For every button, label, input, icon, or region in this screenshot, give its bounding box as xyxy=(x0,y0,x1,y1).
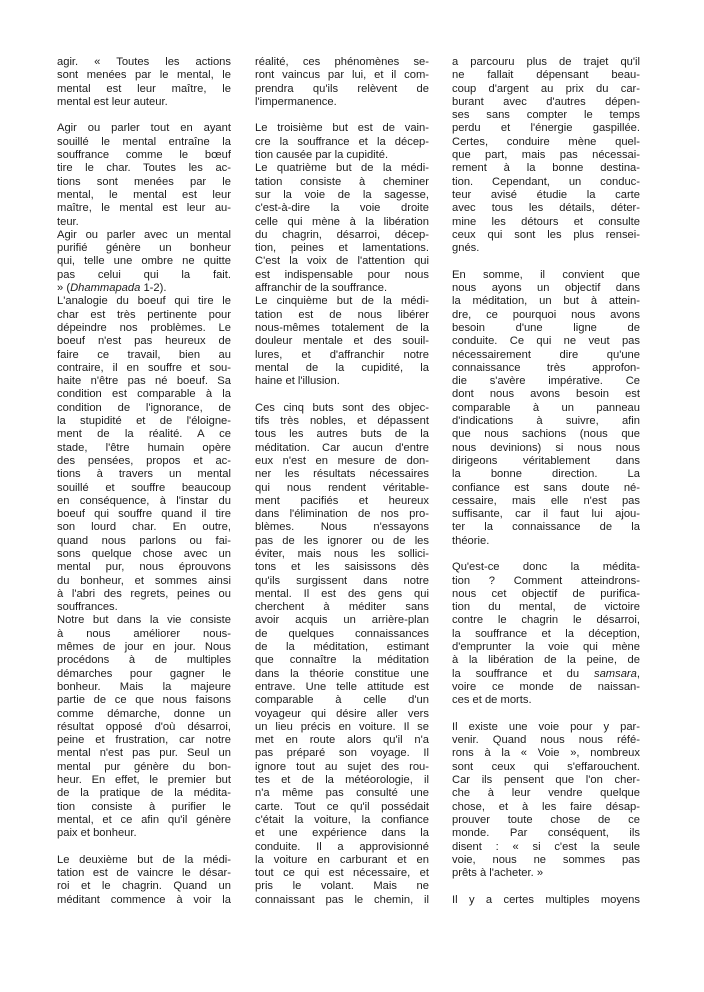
text-line: burant avec d'autres dépen- xyxy=(452,96,640,109)
text-line: voire ce monde de naissan- xyxy=(452,681,640,694)
text-line: qu'ils surgissent dans notre xyxy=(255,575,429,588)
text-line: carte. Tout ce qu'il possédait xyxy=(255,801,429,814)
text-line: haine et l'illusion. xyxy=(255,375,429,388)
paragraph-gap xyxy=(452,708,640,721)
text-line: tion ? Comment atteindrons- xyxy=(452,575,640,588)
text-line: teur. xyxy=(57,216,231,229)
text-line: mine les détours et consulte xyxy=(452,216,640,229)
text-line: En somme, il convient que xyxy=(452,269,640,282)
text-line: conduite. Il a approvisionné xyxy=(255,841,429,854)
text-line: tation est de vaincre le désar- xyxy=(57,867,231,880)
text-line: mental est leur maître, le xyxy=(57,83,231,96)
text-line: tion consiste à purifier le xyxy=(57,801,231,814)
text-line: souillé et souffre beaucoup xyxy=(57,482,231,495)
text-line: que connaître la méditation xyxy=(255,654,429,667)
text-line: Il existe une voie pour y par- xyxy=(452,721,640,734)
text-line: prouver toute chose de ce xyxy=(452,814,640,827)
text-line: a parcouru plus de trajet qu'il xyxy=(452,56,640,69)
text-line: dépeindre nos problèmes. Le xyxy=(57,322,231,335)
text-line: contraire, il en souffre et sou- xyxy=(57,362,231,375)
text-line: connaissance très approfon- xyxy=(452,362,640,375)
text-line: cherchent à méditer sans xyxy=(255,601,429,614)
text-line: un lieu précis en voiture. Il se xyxy=(255,721,429,734)
text-line: procédons à de multiples xyxy=(57,654,231,667)
text-line: tion du mental, de victoire xyxy=(452,601,640,614)
text-line: nous ayons un objectif dans xyxy=(452,282,640,295)
text-line: mental pur, nous éprouvons xyxy=(57,561,231,574)
text-line: dont nous avons besoin est xyxy=(452,388,640,401)
text-line: pas préparé son voyage. Il xyxy=(255,747,429,760)
text-line: dre, ce pourquoi nous avons xyxy=(452,309,640,322)
text-line: agir. « Toutes les actions xyxy=(57,56,231,69)
text-line: tire le char. Toutes les ac- xyxy=(57,162,231,175)
text-line: ront vaincus par lui, et il com- xyxy=(255,69,429,82)
text-line: à l'abri des regrets, peines ou xyxy=(57,588,231,601)
paragraph: Agir ou parler avec un mentalpurifié gén… xyxy=(57,229,231,295)
text-line: résultat opposé d'où désarroi, xyxy=(57,721,231,734)
text-line: n'a même pas consulté une xyxy=(255,787,429,800)
text-line: boeuf qui souffre quand il tire xyxy=(57,508,231,521)
text-line: souffrances. xyxy=(57,601,231,614)
text-line: dans la théorie constitue une xyxy=(255,668,429,681)
text-line: tion causée par la cupidité. xyxy=(255,149,429,162)
text-line: ses sans compter le temps xyxy=(452,109,640,122)
text-line: la stupidité et de l'éloigne- xyxy=(57,415,231,428)
text-line: qui nous rendent véritable- xyxy=(255,482,429,495)
text-line: coup d'argent au prix du car- xyxy=(452,83,640,96)
text-line: son lourd char. En outre, xyxy=(57,521,231,534)
text-line: à nous améliorer nous- xyxy=(57,628,231,641)
text-line: méditation. Car aucun d'entre xyxy=(255,442,429,455)
text-line: die s'avère impérative. Ce xyxy=(452,375,640,388)
text-line: mental est leur auteur. xyxy=(57,96,231,109)
text-line: suffisante, car il faut lui ajou- xyxy=(452,508,640,521)
text-line: la voiture en carburant et en xyxy=(255,854,429,867)
paragraph: agir. « Toutes les actionssont menées pa… xyxy=(57,56,231,109)
text-line: dans l'élimination de nos pro- xyxy=(255,508,429,521)
text-line: Car ils pensent que l'on cher- xyxy=(452,774,640,787)
text-line: comparable à un panneau xyxy=(452,402,640,415)
text-line: Le deuxième but de la médi- xyxy=(57,854,231,867)
text-line: quand nous parlons ou fai- xyxy=(57,535,231,548)
paragraph: Il existe une voie pour y par-venir. Qua… xyxy=(452,721,640,881)
text-line: voyageur qui désire aller vers xyxy=(255,708,429,721)
text-line: Notre but dans la vie consiste xyxy=(57,614,231,627)
text-line: de la pratique de la médita- xyxy=(57,787,231,800)
text-line: nous devinions) si nous nous xyxy=(452,442,640,455)
document-page: agir. « Toutes les actionssont menées pa… xyxy=(0,0,704,992)
text-line: gnés. xyxy=(452,242,640,255)
text-line: entrave. Une telle attitude est xyxy=(255,681,429,694)
text-line: tion. Cependant, un conduc- xyxy=(452,176,640,189)
text-column-2: réalité, ces phénomènes se-ront vaincus … xyxy=(255,56,429,907)
text-line: Ces cinq buts sont des objec- xyxy=(255,402,429,415)
text-line: L'analogie du boeuf qui tire le xyxy=(57,295,231,308)
text-line: ces et de morts. xyxy=(452,694,640,707)
text-line: de quelques connaissances xyxy=(255,628,429,641)
text-line: la bonne direction. La xyxy=(452,468,640,481)
text-line: réalité, ces phénomènes se- xyxy=(255,56,429,69)
text-line: ne fallait dépensant beau- xyxy=(452,69,640,82)
text-line: Qu'est-ce donc la médita- xyxy=(452,561,640,574)
paragraph: Le troisième but est de vain-cre la souf… xyxy=(255,122,429,162)
text-line: douleur mentale et des souil- xyxy=(255,335,429,348)
text-line: cre la souffrance et la décep- xyxy=(255,136,429,149)
text-line: tions sont menées par le xyxy=(57,176,231,189)
text-line: nous-mêmes totalement de la xyxy=(255,322,429,335)
text-line: de la méditation, estimant xyxy=(255,641,429,654)
text-line: rement à la bonne destina- xyxy=(452,162,640,175)
text-line: paix et bonheur. xyxy=(57,827,231,840)
text-line: besoin d'une ligne de xyxy=(452,322,640,335)
text-line: ner les résultats nécessaires xyxy=(255,468,429,481)
paragraph: Le deuxième but de la médi-tation est de… xyxy=(57,854,231,907)
text-line: haite n'être pas né boeuf. Sa xyxy=(57,375,231,388)
text-line: Agir ou parler avec un mental xyxy=(57,229,231,242)
text-line: conduite. Ce qui ne veut pas xyxy=(452,335,640,348)
text-line: sur la voie de la sagesse, xyxy=(255,189,429,202)
paragraph: Ces cinq buts sont des objec-tifs très n… xyxy=(255,402,429,907)
paragraph: réalité, ces phénomènes se-ront vaincus … xyxy=(255,56,429,109)
text-line: tons et les saisissons dès xyxy=(255,561,429,574)
text-line: avec tous les détails, déter- xyxy=(452,202,640,215)
text-line: Certes, conduire mène quel- xyxy=(452,136,640,149)
text-line: C'est la voix de l'attention qui xyxy=(255,255,429,268)
text-line: avoir acquis un arrière-plan xyxy=(255,614,429,627)
text-column-3: a parcouru plus de trajet qu'ilne fallai… xyxy=(452,56,640,907)
paragraph: En somme, il convient quenous ayons un o… xyxy=(452,269,640,548)
paragraph: Le cinquième but de la médi-tation est d… xyxy=(255,295,429,388)
text-line: à la libération de la peine, de xyxy=(452,654,640,667)
text-line: tifs très nobles, et dépassent xyxy=(255,415,429,428)
text-line: lures, et d'affranchir notre xyxy=(255,349,429,362)
text-line: la souffrance et du samsara, xyxy=(452,668,640,681)
text-line: d'indications à suivre, afin xyxy=(452,415,640,428)
paragraph: a parcouru plus de trajet qu'ilne fallai… xyxy=(452,56,640,255)
text-line: c'est-à-dire la voie droite xyxy=(255,202,429,215)
text-line: en conséquence, à l'instar du xyxy=(57,495,231,508)
text-line: ceux qui sont les plus rensei- xyxy=(452,229,640,242)
text-line: roi et le chagrin. Quand un xyxy=(57,880,231,893)
text-line: la méditation, un but à attein- xyxy=(452,295,640,308)
text-line: heur. En effet, le premier but xyxy=(57,774,231,787)
text-line: sons quelque chose avec un xyxy=(57,548,231,561)
text-line: comme démarche, donne un xyxy=(57,708,231,721)
text-line: la souffrance et la déception, xyxy=(452,628,640,641)
paragraph: Le quatrième but de la médi-tation consi… xyxy=(255,162,429,295)
text-line: disent : « si c'est la seule xyxy=(452,841,640,854)
text-line: pas de les ignorer ou de les xyxy=(255,535,429,548)
paragraph-gap xyxy=(255,109,429,122)
text-line: tation consiste à cheminer xyxy=(255,176,429,189)
paragraph: L'analogie du boeuf qui tire lechar est … xyxy=(57,295,231,614)
text-line: Agir ou parler tout en ayant xyxy=(57,122,231,135)
paragraph-gap xyxy=(452,255,640,268)
text-line: et une expérience dans la xyxy=(255,827,429,840)
text-line: eux n'est en mesure de don- xyxy=(255,455,429,468)
text-line: condition est comparable à la xyxy=(57,388,231,401)
text-line: ter la connaissance de la xyxy=(452,521,640,534)
text-line: d'emprunter la voie qui mène xyxy=(452,641,640,654)
text-line: chose, et à les faire désap- xyxy=(452,801,640,814)
text-line: mental n'est pas pur. Seul un xyxy=(57,747,231,760)
paragraph: Agir ou parler tout en ayantsouillé le m… xyxy=(57,122,231,228)
text-line: démarches pour gagner le xyxy=(57,668,231,681)
text-line: ment pacifiés et heureux xyxy=(255,495,429,508)
text-line: est indispensable pour nous xyxy=(255,269,429,282)
text-line: Il y a certes multiples moyens xyxy=(452,894,640,907)
text-line: contre le chagrin le désarroi, xyxy=(452,614,640,627)
text-line: teur avisé étudie la carte xyxy=(452,189,640,202)
text-line: Le troisième but est de vain- xyxy=(255,122,429,135)
text-line: éviter, mais nous les sollici- xyxy=(255,548,429,561)
text-line: l'impermanence. xyxy=(255,96,429,109)
text-line: ment de la réalité. A ce xyxy=(57,428,231,441)
text-line: blèmes. Nous n'essayons xyxy=(255,521,429,534)
text-line: affranchir de la souffrance. xyxy=(255,282,429,295)
text-line: voie, nous ne sommes pas xyxy=(452,854,640,867)
text-line: que part, mais pas nécessai- xyxy=(452,149,640,162)
text-line: monde. Par conséquent, ils xyxy=(452,827,640,840)
paragraph-gap xyxy=(57,109,231,122)
text-line: que nous sachions (nous que xyxy=(452,428,640,441)
text-line: nous cet objectif de purifica- xyxy=(452,588,640,601)
text-line: des pensées, propos et ac- xyxy=(57,455,231,468)
text-line: purifié génère un bonheur xyxy=(57,242,231,255)
text-line: connaissant pas le chemin, il xyxy=(255,894,429,907)
text-line: mental. Il est des gens qui xyxy=(255,588,429,601)
text-line: prendra qu'ils relèvent de xyxy=(255,83,429,96)
text-line: pas celui qui la fait. xyxy=(57,269,231,282)
text-line: qui, telle une ombre ne quitte xyxy=(57,255,231,268)
text-line: mêmes de jour en jour. Nous xyxy=(57,641,231,654)
text-line: tous les autres buts de la xyxy=(255,428,429,441)
text-line: tion, peines et lamentations. xyxy=(255,242,429,255)
text-line: tes et de la météorologie, il xyxy=(255,774,429,787)
text-line: venir. Quand nous nous réfé- xyxy=(452,734,640,747)
text-line: comparable à celle d'un xyxy=(255,694,429,707)
paragraph-gap xyxy=(255,388,429,401)
text-line: mental, le mental est leur xyxy=(57,189,231,202)
text-line: mental, et ce afin qu'il génère xyxy=(57,814,231,827)
text-line: c'était la voiture, la confiance xyxy=(255,814,429,827)
text-line: boeuf n'est pas heureux de xyxy=(57,335,231,348)
text-line: tation est de nous libérer xyxy=(255,309,429,322)
text-line: pris le volant. Mais ne xyxy=(255,880,429,893)
text-line: ignore tout au sujet des rou- xyxy=(255,761,429,774)
text-line: cessaire, mais elle n'est pas xyxy=(452,495,640,508)
text-column-1: agir. « Toutes les actionssont menées pa… xyxy=(57,56,231,907)
text-line: nécessairement dire qu'une xyxy=(452,349,640,362)
text-line: tout ce qui est nécessaire, et xyxy=(255,867,429,880)
text-line: bonheur. Mais la majeure xyxy=(57,681,231,694)
text-line: sont menées par le mental, le xyxy=(57,69,231,82)
text-line: perdu et l'énergie gaspillée. xyxy=(452,122,640,135)
text-line: tions à travers un mental xyxy=(57,468,231,481)
text-line: sont ceux qui s'effarouchent. xyxy=(452,761,640,774)
text-line: mental de la cupidité, la xyxy=(255,362,429,375)
text-line: condition de l'ignorance, de xyxy=(57,402,231,415)
text-line: char est très pertinente pour xyxy=(57,309,231,322)
text-line: met en route alors qu'il n'a xyxy=(255,734,429,747)
paragraph: Il y a certes multiples moyens xyxy=(452,894,640,907)
text-line: peine et frustration, car notre xyxy=(57,734,231,747)
paragraph: Qu'est-ce donc la médita-tion ? Comment … xyxy=(452,561,640,707)
text-line: du chagrin, désarroi, décep- xyxy=(255,229,429,242)
text-line: celle qui mène à la libération xyxy=(255,216,429,229)
text-line: » (Dhammapada 1-2). xyxy=(57,282,231,295)
text-line: rons à la « Voie », nombreux xyxy=(452,747,640,760)
text-line: che à leur vendre quelque xyxy=(452,787,640,800)
text-line: souffrance comme le bœuf xyxy=(57,149,231,162)
text-line: Le quatrième but de la médi- xyxy=(255,162,429,175)
text-line: faire ce travail, bien au xyxy=(57,349,231,362)
text-line: souillé le mental entraîne la xyxy=(57,136,231,149)
text-line: stade, l'être humain opère xyxy=(57,442,231,455)
text-line: théorie. xyxy=(452,535,640,548)
text-line: dirigeons véritablement dans xyxy=(452,455,640,468)
text-line: partie de ce que nous faisons xyxy=(57,694,231,707)
text-line: prêts à l'acheter. » xyxy=(452,867,640,880)
text-line: mental pur génère du bon- xyxy=(57,761,231,774)
paragraph: Notre but dans la vie consisteà nous amé… xyxy=(57,614,231,840)
paragraph-gap xyxy=(57,841,231,854)
paragraph-gap xyxy=(452,880,640,893)
text-line: du bonheur, et sommes ainsi xyxy=(57,575,231,588)
paragraph-gap xyxy=(452,548,640,561)
text-line: maître, le mental est leur au- xyxy=(57,202,231,215)
text-line: méditant commence à voir la xyxy=(57,894,231,907)
text-line: confiance est sans doute né- xyxy=(452,482,640,495)
text-line: Le cinquième but de la médi- xyxy=(255,295,429,308)
